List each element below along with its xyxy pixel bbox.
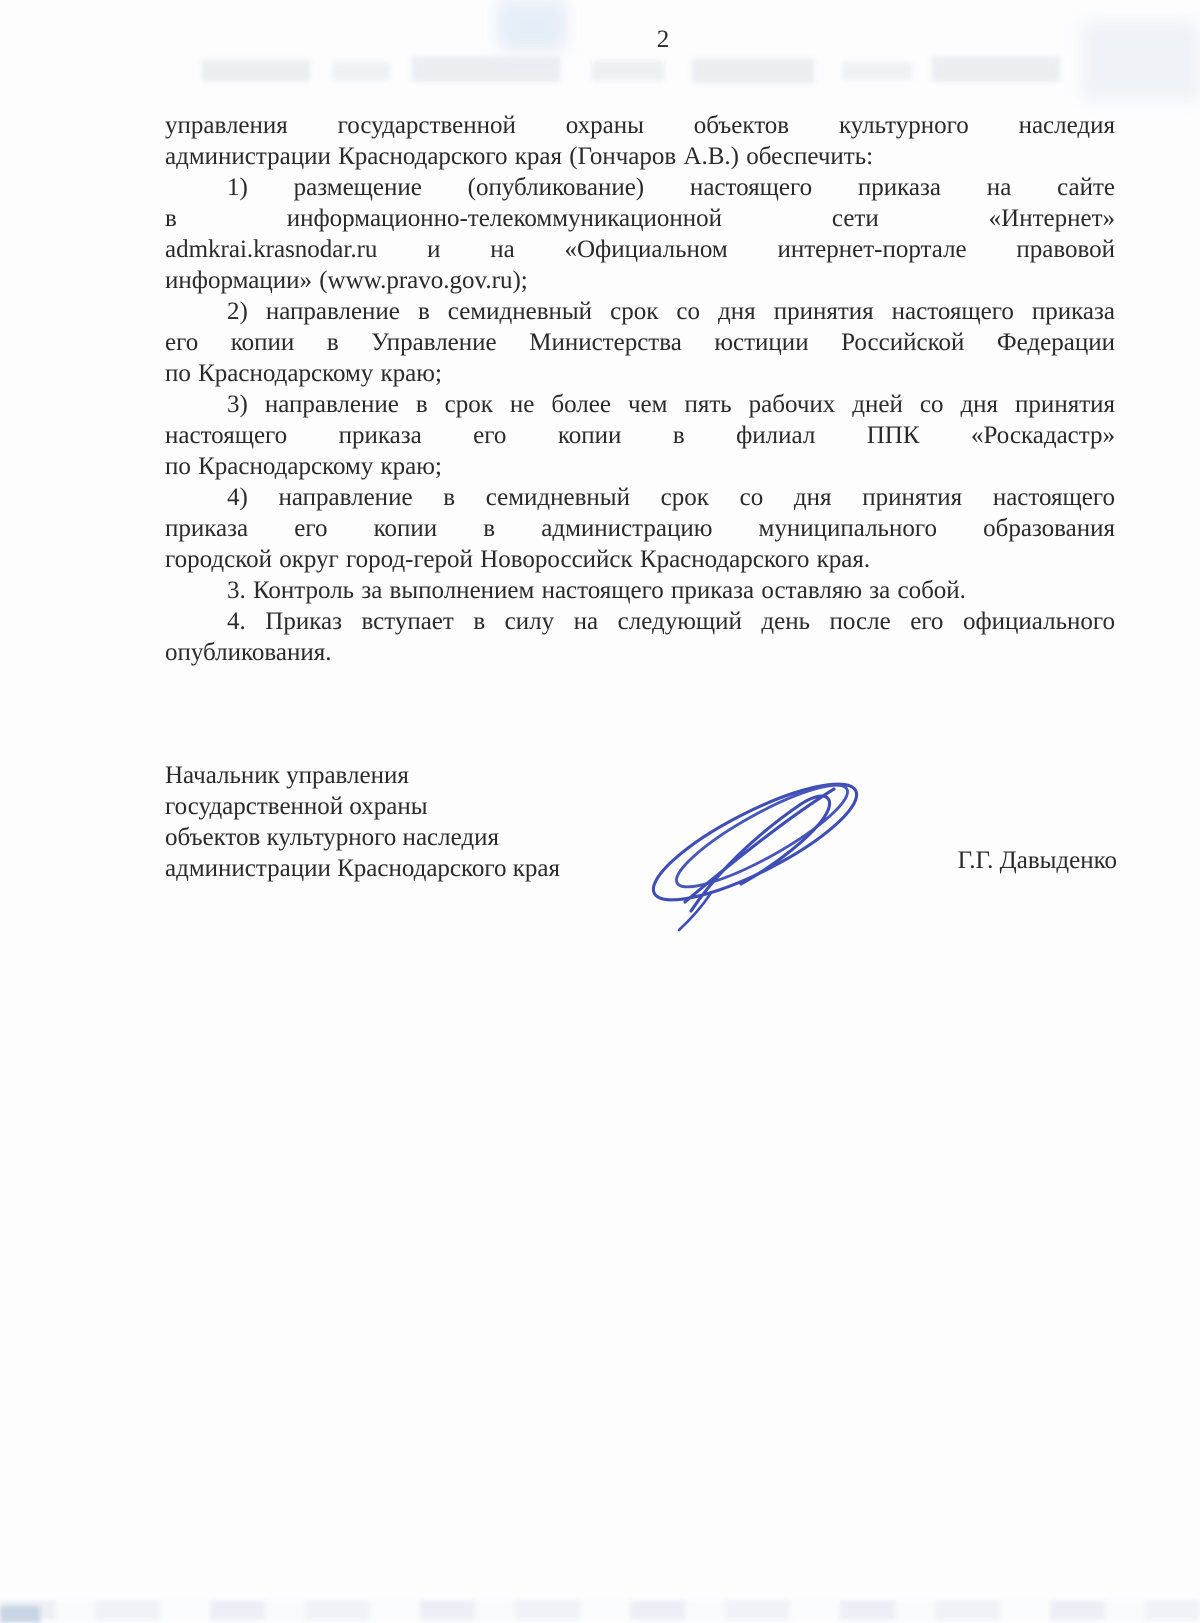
document-line: приказа его копии в администрацию муници…	[165, 513, 1115, 544]
signer-title-line: государственной охраны	[165, 791, 560, 822]
scan-artifact-band	[692, 59, 814, 83]
scan-artifact-band	[842, 62, 912, 80]
signer-title-line: администрации Краснодарского края	[165, 853, 560, 884]
document-page: 2 управления государственной охраны объе…	[0, 0, 1200, 1623]
scan-artifact-band	[332, 62, 390, 81]
scan-artifact-band	[592, 61, 664, 81]
document-line: информации» (www.pravo.gov.ru);	[165, 265, 1115, 296]
document-line: 4. Приказ вступает в силу на следующий д…	[165, 606, 1115, 637]
document-line: 2) направление в семидневный срок со дня…	[165, 296, 1115, 327]
document-line: по Краснодарскому краю;	[165, 358, 1115, 389]
document-line: по Краснодарскому краю;	[165, 451, 1115, 482]
scan-artifact-band	[0, 1600, 1200, 1620]
document-line: его копии в Управление Министерства юсти…	[165, 327, 1115, 358]
document-line: 1) размещение (опубликование) настоящего…	[165, 172, 1115, 203]
document-line: в информационно-телекоммуникационной сет…	[165, 203, 1115, 234]
handwritten-signature-icon	[637, 772, 877, 932]
signer-title-line: Начальник управления	[165, 760, 560, 791]
document-line: настоящего приказа его копии в филиал ПП…	[165, 420, 1115, 451]
signature-block: Начальник управления государственной охр…	[165, 760, 1115, 930]
document-line: опубликования.	[165, 637, 1115, 668]
document-line: 4) направление в семидневный срок со дня…	[165, 482, 1115, 513]
document-line: 3. Контроль за выполнением настоящего пр…	[165, 575, 1115, 606]
document-line: управления государственной охраны объект…	[165, 110, 1115, 141]
signer-title-line: объектов культурного наследия	[165, 822, 560, 853]
page-number: 2	[0, 24, 1200, 55]
document-line: 3) направление в срок не более чем пять …	[165, 389, 1115, 420]
document-line: администрации Краснодарского края (Гонча…	[165, 141, 1115, 172]
document-line: городской округ город-герой Новороссийск…	[165, 544, 1115, 575]
scan-artifact-band	[412, 57, 560, 82]
scan-artifact-band	[202, 60, 310, 81]
scan-artifact-corner	[0, 1606, 40, 1623]
document-line: admkrai.krasnodar.ru и на «Официальном и…	[165, 234, 1115, 265]
document-body: управления государственной охраны объект…	[165, 110, 1115, 668]
scan-artifact-band	[932, 57, 1060, 82]
signer-title: Начальник управления государственной охр…	[165, 760, 560, 884]
signer-name: Г.Г. Давыденко	[958, 845, 1117, 876]
